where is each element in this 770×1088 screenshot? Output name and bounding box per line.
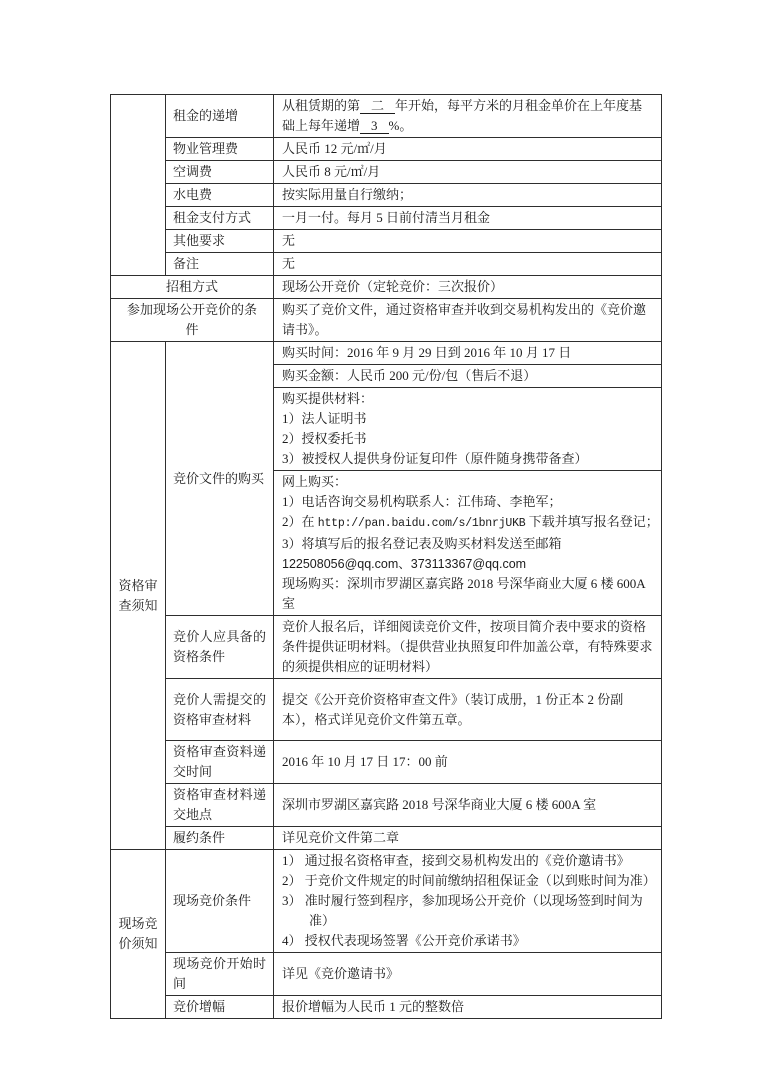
table-row-performance: 履约条件 详见竞价文件第二章 <box>111 827 662 850</box>
bidder-qualification-label: 竞价人应具备的资格条件 <box>166 616 274 679</box>
table-row-onsite-conditions: 现场竞价须知 现场竞价条件 1） 通过报名资格审查，接到交易机构发出的《竞价邀请… <box>111 850 662 953</box>
utilities-fee-label: 水电费 <box>166 184 274 207</box>
other-requirements-label: 其他要求 <box>166 230 274 253</box>
section-title-onsite-bidding: 现场竞价须知 <box>111 850 166 1019</box>
increment-label: 竞价增幅 <box>166 996 274 1019</box>
participation-label: 参加现场公开竞价的条件 <box>111 299 274 342</box>
onsite-condition-3: 3） 准时履行签到程序，参加现场公开竞价（以现场签到时间为准） <box>282 891 653 931</box>
materials-item-3: 3）被授权人提供身份证复印件（原件随身携带备查） <box>282 449 653 469</box>
lease-method-label: 招租方式 <box>111 276 274 299</box>
table-row-purchase-time: 资格审查须知 竞价文件的购买 购买时间：2016 年 9 月 29 日到 201… <box>111 342 662 365</box>
rent-increase-value: 从租赁期的第二年开始，每平方米的月租金单价在上年度基础上每年递增3%。 <box>274 95 662 138</box>
table-row-remarks: 备注 无 <box>111 253 662 276</box>
onsite-conditions-label: 现场竞价条件 <box>166 850 274 953</box>
table-row-utilities-fee: 水电费 按实际用量自行缴纳； <box>111 184 662 207</box>
online-heading: 网上购买： <box>282 472 653 492</box>
bidder-qualification-value: 竞价人报名后，详细阅读竞价文件，按项目简介表中要求的资格条件提供证明材料。（提供… <box>274 616 662 679</box>
submit-time-label: 资格审查资料递交时间 <box>166 741 274 784</box>
other-requirements-value: 无 <box>274 230 662 253</box>
performance-value: 详见竞价文件第二章 <box>274 827 662 850</box>
onsite-condition-1: 1） 通过报名资格审查，接到交易机构发出的《竞价邀请书》 <box>282 851 653 871</box>
table-row-aircon-fee: 空调费 人民币 8 元/㎡/月 <box>111 161 662 184</box>
table-row-submit-time: 资格审查资料递交时间 2016 年 10 月 17 日 17：00 前 <box>111 741 662 784</box>
utilities-fee-value: 按实际用量自行缴纳； <box>274 184 662 207</box>
rent-increase-label: 租金的递增 <box>166 95 274 138</box>
remarks-value: 无 <box>274 253 662 276</box>
aircon-fee-value: 人民币 8 元/㎡/月 <box>274 161 662 184</box>
property-fee-value: 人民币 12 元/㎡/月 <box>274 138 662 161</box>
start-time-label: 现场竞价开始时间 <box>166 953 274 996</box>
doc-purchase-label: 竞价文件的购买 <box>166 342 274 616</box>
online-step-2-after: 下载并填写报名登记； <box>529 514 659 529</box>
purchase-materials-cell: 购买提供材料： 1）法人证明书 2）授权委托书 3）被授权人提供身份证复印件（原… <box>274 388 662 471</box>
onsite-purchase-address: 现场购买：深圳市罗湖区嘉宾路 2018 号深华商业大厦 6 楼 600A 室 <box>282 574 653 614</box>
section-title-qualification: 资格审查须知 <box>111 342 166 850</box>
increment-value: 报价增幅为人民币 1 元的整数倍 <box>274 996 662 1019</box>
table-row-property-fee: 物业管理费 人民币 12 元/㎡/月 <box>111 138 662 161</box>
participation-value: 购买了竞价文件，通过资格审查并收到交易机构发出的《竞价邀请书》。 <box>274 299 662 342</box>
download-url: http://pan.baidu.com/s/1bnrjUKB <box>318 517 526 530</box>
aircon-fee-label: 空调费 <box>166 161 274 184</box>
table-row-payment-method: 租金支付方式 一月一付。每月 5 日前付清当月租金 <box>111 207 662 230</box>
payment-method-value: 一月一付。每月 5 日前付清当月租金 <box>274 207 662 230</box>
property-fee-label: 物业管理费 <box>166 138 274 161</box>
submit-time-value: 2016 年 10 月 17 日 17：00 前 <box>274 741 662 784</box>
table-row-other-requirements: 其他要求 无 <box>111 230 662 253</box>
category-cell-empty <box>111 95 166 276</box>
contact-emails: 122508056@qq.com、373113367@qq.com <box>282 554 653 574</box>
table-row-start-time: 现场竞价开始时间 详见《竞价邀请书》 <box>111 953 662 996</box>
onsite-condition-2: 2） 于竞价文件规定的时间前缴纳招租保证金（以到账时间为准） <box>282 871 653 891</box>
materials-item-1: 1）法人证明书 <box>282 409 653 429</box>
remarks-label: 备注 <box>166 253 274 276</box>
rent-increase-text-before: 从租赁期的第 <box>282 98 360 113</box>
payment-method-label: 租金支付方式 <box>166 207 274 230</box>
performance-label: 履约条件 <box>166 827 274 850</box>
onsite-condition-4: 4） 授权代表现场签署《公开竞价承诺书》 <box>282 931 653 951</box>
materials-item-2: 2）授权委托书 <box>282 429 653 449</box>
lease-method-value: 现场公开竞价（定轮竞价：三次报价） <box>274 276 662 299</box>
document-page: 租金的递增 从租赁期的第二年开始，每平方米的月租金单价在上年度基础上每年递增3%… <box>0 0 770 1088</box>
start-time-value: 详见《竞价邀请书》 <box>274 953 662 996</box>
online-step-1: 1）电话咨询交易机构联系人：江伟琦、李艳军； <box>282 492 653 512</box>
review-materials-label: 竞价人需提交的资格审查材料 <box>166 679 274 741</box>
rent-increase-blank-percent: 3 <box>360 118 389 134</box>
table-row-lease-method: 招租方式 现场公开竞价（定轮竞价：三次报价） <box>111 276 662 299</box>
rent-increase-text-after: %。 <box>389 118 413 133</box>
online-purchase-cell: 网上购买： 1）电话咨询交易机构联系人：江伟琦、李艳军； 2）在 http://… <box>274 471 662 616</box>
table-row-bidder-qualification: 竞价人应具备的资格条件 竞价人报名后，详细阅读竞价文件，按项目简介表中要求的资格… <box>111 616 662 679</box>
review-materials-value: 提交《公开竞价资格审查文件》（装订成册，1 份正本 2 份副本），格式详见竞价文… <box>274 679 662 741</box>
submit-place-value: 深圳市罗湖区嘉宾路 2018 号深华商业大厦 6 楼 600A 室 <box>274 784 662 827</box>
bidding-info-table: 租金的递增 从租赁期的第二年开始，每平方米的月租金单价在上年度基础上每年递增3%… <box>110 94 662 1019</box>
submit-place-label: 资格审查材料递交地点 <box>166 784 274 827</box>
table-row-participation: 参加现场公开竞价的条件 购买了竞价文件，通过资格审查并收到交易机构发出的《竞价邀… <box>111 299 662 342</box>
purchase-amount-value: 购买金额：人民币 200 元/份/包（售后不退） <box>274 365 662 388</box>
online-step-2-before: 2）在 <box>282 514 315 529</box>
online-step-2: 2）在 http://pan.baidu.com/s/1bnrjUKB 下载并填… <box>282 512 653 534</box>
online-step-3: 3）将填写后的报名登记表及购买材料发送至邮箱 <box>282 534 653 554</box>
table-row-increment: 竞价增幅 报价增幅为人民币 1 元的整数倍 <box>111 996 662 1019</box>
purchase-time-value: 购买时间：2016 年 9 月 29 日到 2016 年 10 月 17 日 <box>274 342 662 365</box>
table-row-rent-increase: 租金的递增 从租赁期的第二年开始，每平方米的月租金单价在上年度基础上每年递增3%… <box>111 95 662 138</box>
rent-increase-blank-year: 二 <box>360 98 395 114</box>
table-row-submit-place: 资格审查材料递交地点 深圳市罗湖区嘉宾路 2018 号深华商业大厦 6 楼 60… <box>111 784 662 827</box>
materials-heading: 购买提供材料： <box>282 389 653 409</box>
onsite-conditions-cell: 1） 通过报名资格审查，接到交易机构发出的《竞价邀请书》 2） 于竞价文件规定的… <box>274 850 662 953</box>
table-row-review-materials: 竞价人需提交的资格审查材料 提交《公开竞价资格审查文件》（装订成册，1 份正本 … <box>111 679 662 741</box>
